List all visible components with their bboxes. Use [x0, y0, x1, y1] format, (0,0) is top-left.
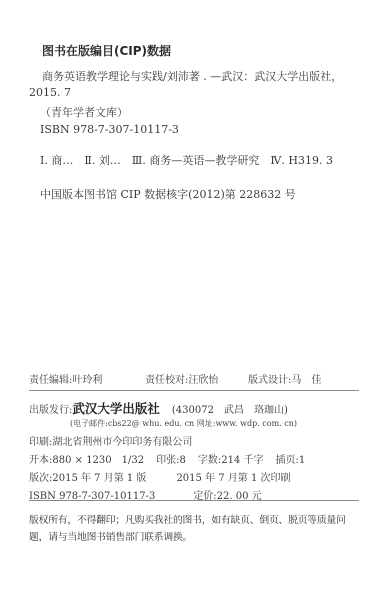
- cip-series: （青年学者文库）: [40, 104, 128, 120]
- cip-heading: 图书在版编目(CIP)数据: [42, 42, 171, 59]
- publisher-contact: (电子邮件:cbs22@ whu. edu. cn 网址:www. wdp. c…: [70, 418, 297, 429]
- publisher-address: (430072 武昌 珞珈山): [172, 405, 288, 416]
- printer-line: 印刷:湖北省荆州市今印印务有限公司: [29, 433, 192, 448]
- printing: 2015 年 7 月第 1 次印刷: [176, 473, 290, 484]
- publisher-name: 武汉大学出版社: [72, 401, 160, 416]
- credit-proofreader: 责任校对:汪欣怡: [145, 371, 248, 386]
- format-sheets: 印张:8: [156, 455, 186, 466]
- cip-classification: Ⅰ. 商… Ⅱ. 刘… Ⅲ. 商务—英语—教学研究 Ⅳ. H319. 3: [40, 152, 333, 168]
- edition: 版次:2015 年 7 月第 1 版: [29, 473, 146, 484]
- cip-citation-line-1: 商务英语教学理论与实践/刘沛著 . —武汉：武汉大学出版社，: [42, 68, 342, 84]
- cip-citation-line-2: 2015. 7: [29, 86, 71, 99]
- publisher-line: 出版发行:武汉大学出版社(430072 武昌 珞珈山): [29, 399, 288, 417]
- credit-designer: 版式设计:马 佳: [248, 371, 321, 386]
- divider-bottom: [29, 500, 359, 501]
- cip-isbn: ISBN 978-7-307-10117-3: [40, 123, 179, 136]
- divider-top: [29, 390, 359, 391]
- rights-notice: 版权所有，不得翻印；凡购买我社的图书，如有缺页、倒页、脱页等质量问题，请与当地图…: [29, 512, 361, 546]
- format-words: 字数:214 千字: [198, 455, 264, 466]
- edition-line: 版次:2015 年 7 月第 1 版2015 年 7 月第 1 次印刷: [29, 469, 291, 484]
- format-size: 开本:880 × 1230 1/32: [29, 455, 144, 466]
- credits-row: 责任编辑:叶玲利责任校对:汪欣怡版式设计:马 佳: [29, 371, 321, 386]
- format-line: 开本:880 × 1230 1/32印张:8字数:214 千字插页:1: [29, 451, 317, 466]
- cip-library-record: 中国版本图书馆 CIP 数据核字(2012)第 228632 号: [40, 186, 296, 202]
- publisher-label: 出版发行:: [29, 405, 72, 416]
- credit-editor: 责任编辑:叶玲利: [29, 371, 145, 386]
- format-plates: 插页:1: [275, 455, 305, 466]
